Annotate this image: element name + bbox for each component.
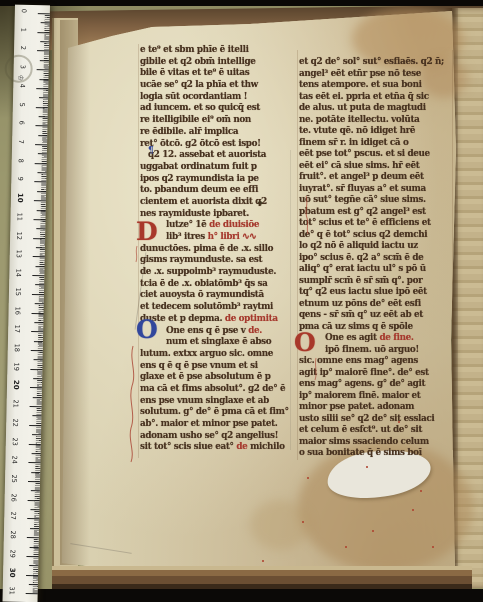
body-text: ne. potāte itellectu. volūta — [299, 115, 420, 125]
gutter-shadow — [60, 20, 90, 565]
manuscript-line: duste et p depma. de optimita — [140, 314, 300, 326]
ruler-number: 11 — [15, 210, 23, 224]
ruler-tick — [39, 116, 48, 117]
ruler-tick — [28, 500, 40, 501]
manuscript-line: agit ip° maiorē fine°. de° est — [299, 368, 455, 380]
ruler-number: 20 — [12, 378, 20, 392]
manuscript-line: tens atempore. et sua boni — [299, 80, 455, 92]
body-text: angel³ eēt etn̄r pse nō tese — [299, 69, 421, 79]
ruler-tick — [31, 472, 40, 473]
body-text: tq° q2 eus iactu siue ipō eēt — [299, 287, 427, 297]
body-text: eēt ei° cā siue sims. hr̄ eēt — [299, 161, 419, 171]
paraph-mark: ¶ — [148, 146, 154, 156]
photo-border-top — [0, 0, 483, 6]
ruler-tick — [27, 537, 39, 538]
manuscript-line: One es agit de fine. — [299, 333, 455, 345]
body-text: te. vtute qē. nō idiget hrē — [299, 126, 415, 136]
manuscript-line: de alus. ut puta de magtudi — [299, 103, 455, 115]
body-text: dunuctōes. pima ē de .x. sillo — [140, 244, 273, 254]
body-text: uō sut° tegn̄e cā° siue sims. — [299, 195, 426, 205]
manuscript-line: bile ē vitas et te⁹ ē uitas — [140, 68, 300, 80]
manuscript-line: de° q ē tot° scius q2 demchi — [299, 230, 455, 242]
ruler-number: 25 — [10, 472, 18, 486]
ruler-tick — [30, 369, 42, 370]
body-text: cientem et auorista dixit q2 — [140, 197, 267, 207]
body-text: lo q2 nō ē aliquid iactu uz — [299, 241, 418, 251]
manuscript-line: re ēdibile. alr̄ implica — [140, 127, 300, 139]
manuscript-line: ip° maiorem finē. maior et — [299, 391, 455, 403]
manuscript-line: minor pse patet. adonam — [299, 402, 455, 414]
ruler-tick — [37, 172, 46, 173]
manuscript-line: qens - sr̄ sm̄ q° uz eēt ab et — [299, 310, 455, 322]
body-text: tens atempore. et sua boni — [299, 80, 422, 90]
body-text: lib³ itres — [166, 232, 208, 242]
manuscript-line: solutum. g° de° ē pma cā et fim° — [140, 407, 300, 419]
body-text: de° q ē tot° scius q2 demchi — [299, 230, 427, 240]
body-text: ens pse vnum singlaxe et ab — [140, 396, 269, 406]
body-text: solutum. g° de° ē pma cā et fim° — [140, 407, 289, 417]
ruler-number: 30 — [8, 565, 16, 579]
ruler-tick — [26, 556, 38, 557]
ruler-tick — [29, 565, 38, 566]
ruler-number: 16 — [13, 303, 21, 317]
ruler-tick — [36, 107, 48, 108]
drop-cap-initial: O — [294, 332, 316, 354]
paint-speck — [345, 546, 347, 548]
manuscript-line: et q2 de° sol° sut° esfiaēs. q2 n̄; — [299, 57, 455, 69]
paint-speck — [398, 421, 400, 423]
ruler-tick — [31, 331, 43, 332]
ruler-number: 7 — [17, 135, 25, 149]
ruler-tick — [39, 97, 48, 98]
ruler-number: 24 — [10, 453, 18, 467]
body-text: sumplr̄ scm̄ ē sr̄ sm̄ q°. por — [299, 276, 422, 286]
ruler-number: 14 — [14, 266, 22, 280]
manuscript-line: iuyrat°. sr̄ fluyas a° et suma — [299, 184, 455, 196]
ruler-tick — [29, 425, 41, 426]
manuscript-line: dunuctōes. pima ē de .x. sillo — [140, 244, 300, 256]
ruler-tick — [37, 69, 49, 70]
manuscript-line: ens pse vnum singlaxe et ab — [140, 396, 300, 408]
manuscript-line: ucāe se° q2 la phīa et thw — [140, 80, 300, 92]
ruler-tick — [35, 125, 47, 126]
manuscript-line: aliq° q° erat iactu ul° s pō ū — [299, 264, 455, 276]
manuscript-line: te. vtute qē. nō idiget hrē — [299, 126, 455, 138]
manuscript-line: gisms raymunduste. sa est — [140, 255, 300, 267]
body-text: re itelligibile ei⁹ om̄ non — [140, 115, 251, 125]
ruler-tick — [35, 303, 44, 304]
manuscript-line: ipo° scius ē. q2 a° scm̄ ē de — [299, 253, 455, 265]
ruler-tick — [31, 490, 40, 491]
body-text: lutze° 1ē — [166, 220, 209, 230]
body-text: e te⁹ et sbm phīe ē itelli — [140, 45, 249, 55]
manuscript-line: gibile et q2 obm̄ intellige — [140, 57, 300, 69]
manuscript-line: sumplr̄ scm̄ ē sr̄ sm̄ q°. por — [299, 276, 455, 288]
manuscript-photo: e te⁹ et sbm phīe ē itelligibile et q2 o… — [0, 0, 483, 602]
ruler-tick — [32, 416, 41, 417]
ruler-number: 5 — [18, 97, 26, 111]
ruler-number: 4 — [18, 79, 26, 93]
ruler-number: 15 — [14, 284, 22, 298]
body-text: et q2 de° sol° sut° esfiaēs. q2 n̄; — [299, 57, 444, 67]
ruler-tick — [35, 144, 47, 145]
manuscript-line: ab°. maior et minor pse patet. — [140, 419, 300, 431]
text-column-left: e te⁹ et sbm phīe ē itelligibile et q2 o… — [140, 45, 300, 454]
ruler-tick — [33, 238, 45, 239]
ruler-number: 10 — [16, 191, 24, 205]
manuscript-line: ens q ē q ē pse vnum et si — [140, 361, 300, 373]
manuscript-line: num et singlaxe ē abso — [140, 337, 300, 349]
body-text: qens - sr̄ sm̄ q° uz eēt ab et — [299, 310, 423, 320]
manuscript-line: tq° q2 eus iactu siue ipō eēt — [299, 287, 455, 299]
body-text: ciet auoysta ō raymundistā — [140, 290, 264, 300]
ruler-number: 29 — [8, 546, 16, 560]
manuscript-line: nes raymiduste ipbaret. — [140, 209, 300, 221]
body-text: tot° scius et te° ē efficiens et — [299, 218, 431, 228]
manuscript-line: e te⁹ et sbm phīe ē itelli — [140, 45, 300, 57]
ruler-tick — [32, 275, 44, 276]
body-text: One ens q ē pse v — [166, 326, 248, 336]
body-text: ucāe se° q2 la phīa et thw — [140, 80, 258, 90]
manuscript-line: ens mag° agens. g° de° agit — [299, 379, 455, 391]
ruler-tick — [33, 256, 45, 257]
ruler-number: 0 — [20, 4, 28, 18]
body-text: logia sūt ocordantiam ! — [140, 92, 247, 102]
body-text: One es agit — [325, 333, 379, 343]
ruler-number: 18 — [13, 341, 21, 355]
text-column-right: et q2 de° sol° sut° esfiaēs. q2 n̄;angel… — [299, 57, 455, 460]
ruler-tick — [36, 247, 45, 248]
ruler-tick — [41, 23, 50, 24]
body-text: ens mag° agens. g° de° agit — [299, 379, 425, 389]
manuscript-line: cientem et auorista dixit q2 — [140, 197, 300, 209]
manuscript-line: pma cā uz sims q ē spōle — [299, 322, 455, 334]
manuscript-line: eēt ei° cā siue sims. hr̄ eēt — [299, 161, 455, 173]
ruler-number: 22 — [11, 415, 19, 429]
manuscript-line: uggabat ordinatum fuit p — [140, 162, 300, 174]
ruler-tick — [32, 434, 41, 435]
rubric-text: de optimita — [225, 314, 278, 324]
ruler-tick — [28, 462, 40, 463]
manuscript-line: re itelligibile ei⁹ om̄ non — [140, 115, 300, 127]
manuscript-line: fruit°. et angel³ p deum eēt — [299, 172, 455, 184]
photo-border-bottom — [0, 589, 483, 602]
rubric-text: de — [236, 442, 247, 452]
manuscript-line: et tedecem solutōmb³ raytmi — [140, 302, 300, 314]
manuscript-line: adonam usho se° q2 angelius! — [140, 431, 300, 443]
manuscript-line: usto silii se° q2 de° sit esslaci — [299, 414, 455, 426]
ruler-number: 3 — [19, 60, 27, 74]
ruler-tick — [30, 509, 39, 510]
ruler-tick — [38, 13, 50, 14]
manuscript-line: etnum uz pōns de° eēt esfi — [299, 299, 455, 311]
ruler-number: 31 — [8, 584, 16, 598]
ruler-tick — [32, 294, 44, 295]
body-text: gibile et q2 obm̄ intellige — [140, 57, 256, 67]
body-text: re ēdibile. alr̄ implica — [140, 127, 238, 137]
paint-speck — [307, 477, 309, 479]
rubric-text: h° libri ∿∿ — [208, 232, 257, 242]
ruler-tick — [40, 60, 49, 61]
body-text: ip° maiorem finē. maior et — [299, 391, 421, 401]
paint-speck — [412, 509, 414, 511]
body-text: uggabat ordinatum fuit p — [140, 162, 257, 172]
manuscript-line: One ens q ē pse v de. — [140, 326, 300, 338]
ruler-number: 12 — [15, 228, 23, 242]
ruler-tick — [30, 406, 42, 407]
manuscript-line: sic. omne ens mag° agens — [299, 356, 455, 368]
body-text: sic. omne ens mag° agens — [299, 356, 418, 366]
body-text: usto silii se° q2 de° sit esslaci — [299, 414, 434, 424]
ruler-number: 21 — [11, 397, 19, 411]
body-text: bile ē vitas et te⁹ ē uitas — [140, 68, 249, 78]
ruler-tick — [34, 359, 43, 360]
ruler-tick — [28, 481, 40, 482]
ruler-tick — [30, 387, 42, 388]
body-text: ens q ē q ē pse vnum et si — [140, 361, 258, 371]
ruler-tick — [36, 228, 45, 229]
paint-speck — [372, 530, 374, 532]
ruler-tick — [34, 341, 43, 342]
ruler-tick — [34, 182, 46, 183]
body-text: etnum uz pōns de° eēt esfi — [299, 299, 421, 309]
manuscript-line: ret° ōtcō. g2 ōtcō est ispo! — [140, 139, 300, 151]
ruler-tick — [37, 191, 46, 192]
paint-speck — [302, 521, 304, 523]
paint-speck — [420, 490, 422, 492]
bottom-book-edge — [52, 566, 472, 590]
manuscript-line: lo q2 nō ē aliquid iactu uz — [299, 241, 455, 253]
ruler-tick — [31, 350, 43, 351]
body-text: et tedecem solutōmb³ raytmi — [140, 302, 273, 312]
ruler-tick — [29, 444, 41, 445]
manuscript-line: lib³ itres h° libri ∿∿ — [140, 232, 300, 244]
body-text: aliq° q° erat iactu ul° s pō ū — [299, 264, 426, 274]
rubric-text: de diuisiōe — [209, 220, 259, 230]
manuscript-line: maior sims ssaciendo celum — [299, 437, 455, 449]
ruler-tick — [39, 79, 48, 80]
column-rule — [138, 44, 139, 458]
ruler-tick — [37, 32, 49, 33]
manuscript-line: pbatum est g° q2 angel³ est — [299, 207, 455, 219]
body-text: michilo — [247, 442, 284, 452]
manuscript-line: lutum. extxx arguo sic. omne — [140, 349, 300, 361]
manuscript-line: ne. potāte itellectu. volūta — [299, 115, 455, 127]
ruler-tick — [33, 219, 45, 220]
ruler-tick — [37, 210, 46, 211]
manuscript-line: glaxe et ē pse absolutum ē p — [140, 372, 300, 384]
ruler-number: 8 — [17, 153, 25, 167]
body-text: adonam usho se° q2 angelius! — [140, 431, 278, 441]
manuscript-line: tcia ē de .x. obiatōmb³ q̄s sa — [140, 279, 300, 291]
body-text: gisms raymunduste. sa est — [140, 255, 262, 265]
stain-bottom-left — [250, 500, 310, 550]
body-text: num et singlaxe ē abso — [166, 337, 271, 347]
body-text: ma cā et fims absolut°. g2 de° ē — [140, 384, 285, 394]
ruler-tick — [36, 266, 45, 267]
manuscript-line: o sua bonitate q̄ ē sims boī — [299, 448, 455, 460]
ruler-tick — [34, 322, 43, 323]
ruler-number: 6 — [17, 116, 25, 130]
manuscript-line: to. pbandum deum ee effi — [140, 185, 300, 197]
ruler-tick — [26, 593, 38, 594]
manuscript-line: tot° scius et te° ē efficiens et — [299, 218, 455, 230]
ruler-tick — [33, 397, 42, 398]
body-text: finem sr̄ r. in idiget cā o — [299, 138, 409, 148]
body-text: q2 12. assebat et auorista — [148, 150, 266, 160]
paint-speck — [366, 466, 368, 468]
ruler-tick — [40, 41, 49, 42]
ruler-tick — [37, 51, 49, 52]
body-text: pma cā uz sims q ē spōle — [299, 322, 413, 332]
ruler-number: 1 — [19, 22, 27, 36]
body-text: et celum ē esfct⁹. ut de° sit — [299, 425, 422, 435]
ruler-number: 9 — [16, 172, 24, 186]
ruler-tick — [34, 200, 46, 201]
manuscript-line: lutze° 1ē de diuisiōe — [140, 220, 300, 232]
body-text: sit tot° scis siue eat° — [140, 442, 236, 452]
ruler-number: 19 — [12, 359, 20, 373]
manuscript-line: angel³ eēt etn̄r pse nō tese — [299, 69, 455, 81]
ruler-tick — [27, 518, 39, 519]
ruler-number: 2 — [19, 41, 27, 55]
body-text: ad iuncem. et so quicq̄ est — [140, 103, 260, 113]
body-text: de .x. suppoimb³ raymuduste. — [140, 267, 276, 277]
manuscript-line: sit tot° scis siue eat° de michilo — [140, 442, 300, 454]
ruler-tick — [26, 575, 38, 576]
paint-speck — [432, 546, 434, 548]
manuscript-line: finem sr̄ r. in idiget cā o — [299, 138, 455, 150]
body-text: lutum. extxx arguo sic. omne — [140, 349, 273, 359]
ruler-tick — [36, 88, 48, 89]
manuscript-line: ad iuncem. et so quicq̄ est — [140, 103, 300, 115]
body-text: tas eēt ei. ppria et etn̄a q̄ sic — [299, 92, 429, 102]
manuscript-line: uō sut° tegn̄e cā° siue sims. — [299, 195, 455, 207]
body-text: maior sims ssaciendo celum — [299, 437, 429, 447]
drop-cap-initial: D — [136, 221, 158, 243]
drop-cap-initial: O — [136, 319, 158, 341]
manuscript-line: et celum ē esfct⁹. ut de° sit — [299, 425, 455, 437]
ruler-tick — [35, 163, 47, 164]
body-text: glaxe et ē pse absolutum ē p — [140, 372, 271, 382]
ruler-number: 28 — [9, 528, 17, 542]
body-text: ipō finem. uō arguo! — [325, 345, 419, 355]
body-text: to. pbandum deum ee effi — [140, 185, 258, 195]
ruler-number: 26 — [10, 490, 18, 504]
body-text: minor pse patet. adonam — [299, 402, 414, 412]
ruler-tick — [35, 285, 44, 286]
ruler-tick — [30, 547, 39, 548]
ruler-number: 17 — [13, 322, 21, 336]
paint-speck — [262, 560, 264, 562]
manuscript-line: eēt pse tot° pscus. et si deue — [299, 149, 455, 161]
manuscript-line: q2 12. assebat et auorista — [140, 150, 300, 162]
ruler-number: 27 — [9, 509, 17, 523]
body-text: fruit°. et angel³ p deum eēt — [299, 172, 424, 182]
body-text: tcia ē de .x. obiatōmb³ q̄s sa — [140, 279, 267, 289]
body-text: agit ip° maiorē fine°. de° est — [299, 368, 429, 378]
ruler-tick — [38, 154, 47, 155]
manuscript-line: ipō finem. uō arguo! — [299, 345, 455, 357]
body-text: eēt pse tot° pscus. et si deue — [299, 149, 430, 159]
body-text: ret° ōtcō. g2 ōtcō est ispo! — [140, 139, 261, 149]
ruler-number: 23 — [11, 434, 19, 448]
ruler-tick — [30, 528, 39, 529]
body-text: pbatum est g° q2 angel³ est — [299, 207, 426, 217]
ruler-tick — [29, 584, 38, 585]
manuscript-line: ipos q2 raymundista ia pe — [140, 174, 300, 186]
manuscript-line: ma cā et fims absolut°. g2 de° ē — [140, 384, 300, 396]
manuscript-line: logia sūt ocordantiam ! — [140, 92, 300, 104]
rubric-text: de fine. — [379, 333, 413, 343]
manuscript-line: de .x. suppoimb³ raymuduste. — [140, 267, 300, 279]
manuscript-line: tas eēt ei. ppria et etn̄a q̄ sic — [299, 92, 455, 104]
ruler-tick — [32, 453, 41, 454]
body-text: ipos q2 raymundista ia pe — [140, 174, 259, 184]
body-text: de alus. ut puta de magtudi — [299, 103, 426, 113]
ruler-tick — [33, 378, 42, 379]
ruler-tick — [38, 135, 47, 136]
rubric-text: de. — [248, 326, 262, 336]
manuscript-line: ciet auoysta ō raymundistā — [140, 290, 300, 302]
body-text: ipo° scius ē. q2 a° scm̄ ē de — [299, 253, 423, 263]
ruler-tick — [32, 313, 44, 314]
body-text: ab°. maior et minor pse patet. — [140, 419, 278, 429]
body-text: o sua bonitate q̄ ē sims boī — [299, 448, 422, 458]
body-text: iuyrat°. sr̄ fluyas a° et suma — [299, 184, 426, 194]
ruler-number: 13 — [15, 247, 23, 261]
